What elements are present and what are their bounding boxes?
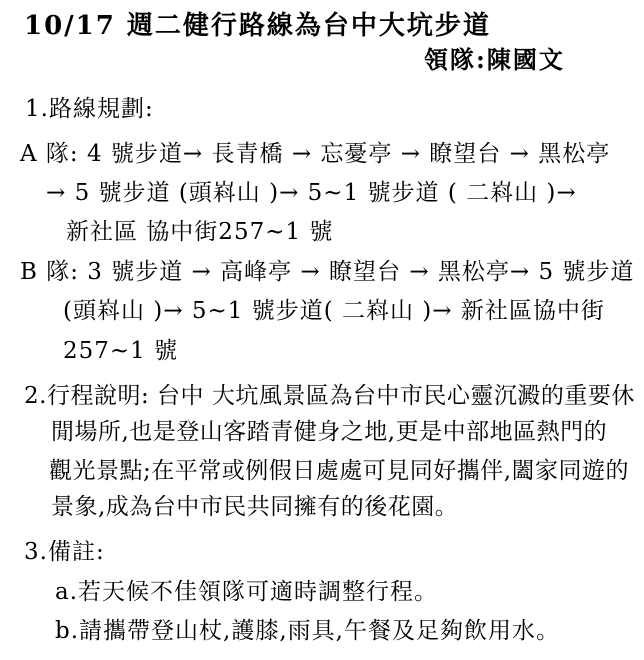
team-b-route-line-1: B 隊: 3 號步道 → 高峰亭 → 瞭望台 → 黑松亭→ 5 號步道 bbox=[20, 257, 634, 287]
leader-name: 領隊:陳國文 bbox=[424, 45, 565, 75]
itinerary-line-2: 閒場所,也是登山客踏青健身之地,更是中部地區熱門的 bbox=[51, 417, 607, 447]
team-b-route-line-3: 257~1 號 bbox=[63, 336, 178, 366]
note-a: a.若天候不佳領隊可適時調整行程。 bbox=[55, 577, 438, 607]
itinerary-line-3: 觀光景點;在平常或例假日處處可見同好攜伴,闔家同遊的 bbox=[49, 456, 629, 486]
notes-heading: 3.備註: bbox=[24, 537, 105, 567]
itinerary-line-1: 2.行程說明: 台中 大坑風景區為台中市民心靈沉澱的重要休 bbox=[24, 381, 635, 411]
itinerary-line-4: 景象,成為台中市民共同擁有的後花園。 bbox=[51, 492, 458, 522]
note-b: b.請攜帶登山杖,護膝,雨具,午餐及足夠飲用水。 bbox=[55, 616, 560, 646]
team-a-route-line-1: A 隊: 4 號步道→ 長青橋 → 忘憂亭 → 瞭望台 → 黑松亭 bbox=[20, 139, 610, 169]
team-a-route-line-3: 新社區 協中街257~1 號 bbox=[66, 217, 333, 247]
team-a-route-line-2: → 5 號步道 (頭嵙山 )→ 5~1 號步道 ( 二嵙山 )→ bbox=[46, 178, 577, 208]
route-plan-heading: 1.路線規劃: bbox=[25, 94, 154, 124]
team-b-route-line-2: (頭嵙山 )→ 5~1 號步道( 二嵙山 )→ 新社區協中街 bbox=[63, 296, 605, 326]
document-title: 10/17 週二健行路線為台中大坑步道 bbox=[24, 11, 491, 41]
document-page: 10/17 週二健行路線為台中大坑步道 領隊:陳國文 1.路線規劃: A 隊: … bbox=[0, 0, 644, 660]
